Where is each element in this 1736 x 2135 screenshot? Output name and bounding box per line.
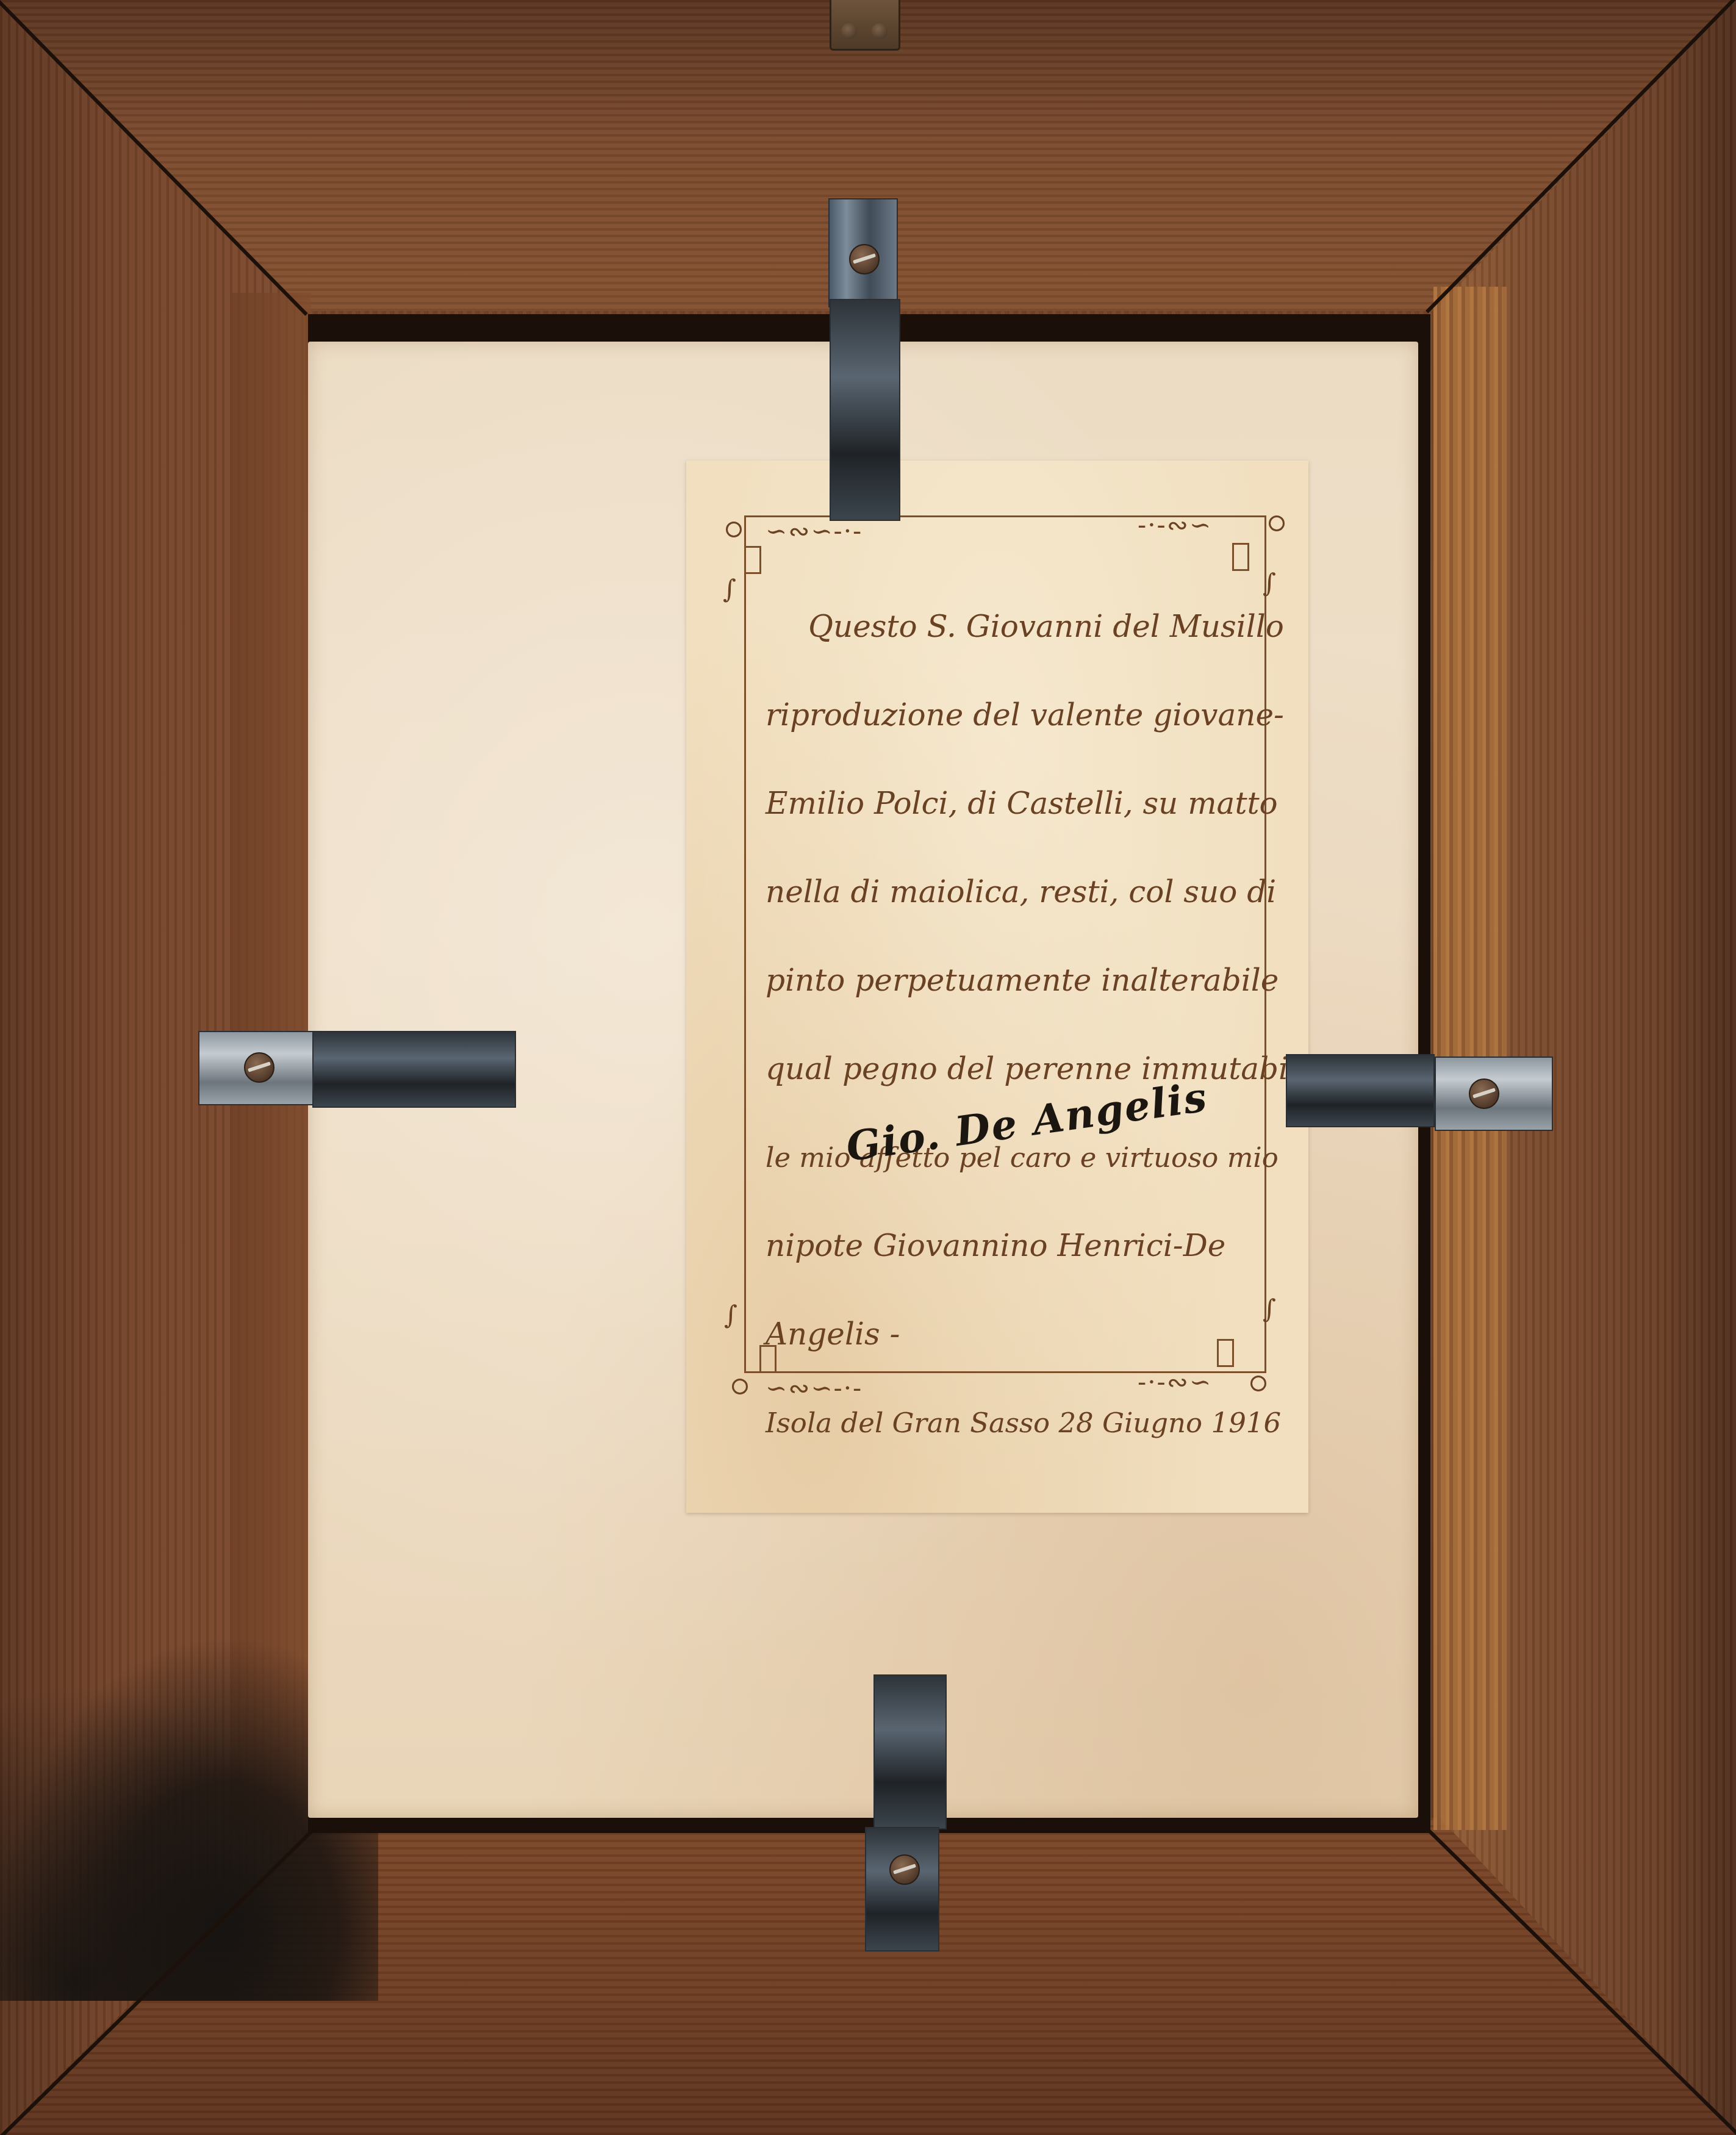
rosette-top-left bbox=[726, 522, 742, 537]
flourish-side-left: ∫ bbox=[723, 576, 737, 602]
rosette-top-right bbox=[1269, 515, 1285, 531]
hanging-bracket bbox=[830, 0, 900, 51]
clip-plate bbox=[865, 1827, 939, 1951]
clip-plate bbox=[873, 1674, 947, 1829]
text-line: nella di maiolica, resti, col suo di bbox=[766, 848, 1272, 936]
rivet bbox=[872, 23, 888, 39]
corner-box-top-right bbox=[1232, 543, 1249, 571]
clip-plate bbox=[830, 299, 900, 521]
text-line: nipote Giovannino Henrici-De bbox=[766, 1202, 1272, 1290]
text-line: Questo S. Giovanni del Musillo bbox=[766, 583, 1272, 671]
screw-icon bbox=[889, 1854, 920, 1885]
corner-box-top-left bbox=[744, 546, 761, 574]
flourish-top-right: -·-∾∽ bbox=[1138, 512, 1212, 538]
screw-icon bbox=[1469, 1078, 1499, 1109]
framed-tile-back-photo: ∽∾∽-·- -·-∾∽ ∽∾∽-·- -·-∾∽ ∫ ∫ ∫ ∫ Questo… bbox=[0, 0, 1736, 2135]
text-line: riproduzione del valente giovane- bbox=[766, 671, 1272, 759]
place-date-line: Isola del Gran Sasso 28 Giugno 1916 bbox=[766, 1379, 1272, 1467]
text-line: pinto perpetuamente inalterabile bbox=[766, 936, 1272, 1025]
text-line: Angelis - bbox=[766, 1290, 1272, 1379]
rivet bbox=[841, 23, 857, 39]
dedication-text: Questo S. Giovanni del Musillo riproduzi… bbox=[766, 583, 1272, 1467]
clip-plate bbox=[312, 1031, 516, 1108]
screw-icon bbox=[849, 244, 880, 274]
screw-icon bbox=[244, 1052, 274, 1083]
rosette-bottom-left bbox=[732, 1379, 748, 1394]
flourish-side-left: ∫ bbox=[724, 1302, 739, 1328]
text-line: Emilio Polci, di Castelli, su matto bbox=[766, 759, 1272, 848]
dedication-label: ∽∾∽-·- -·-∾∽ ∽∾∽-·- -·-∾∽ ∫ ∫ ∫ ∫ Questo… bbox=[686, 461, 1308, 1513]
clip-plate bbox=[1286, 1054, 1435, 1127]
flourish-top-left: ∽∾∽-·- bbox=[766, 518, 863, 544]
